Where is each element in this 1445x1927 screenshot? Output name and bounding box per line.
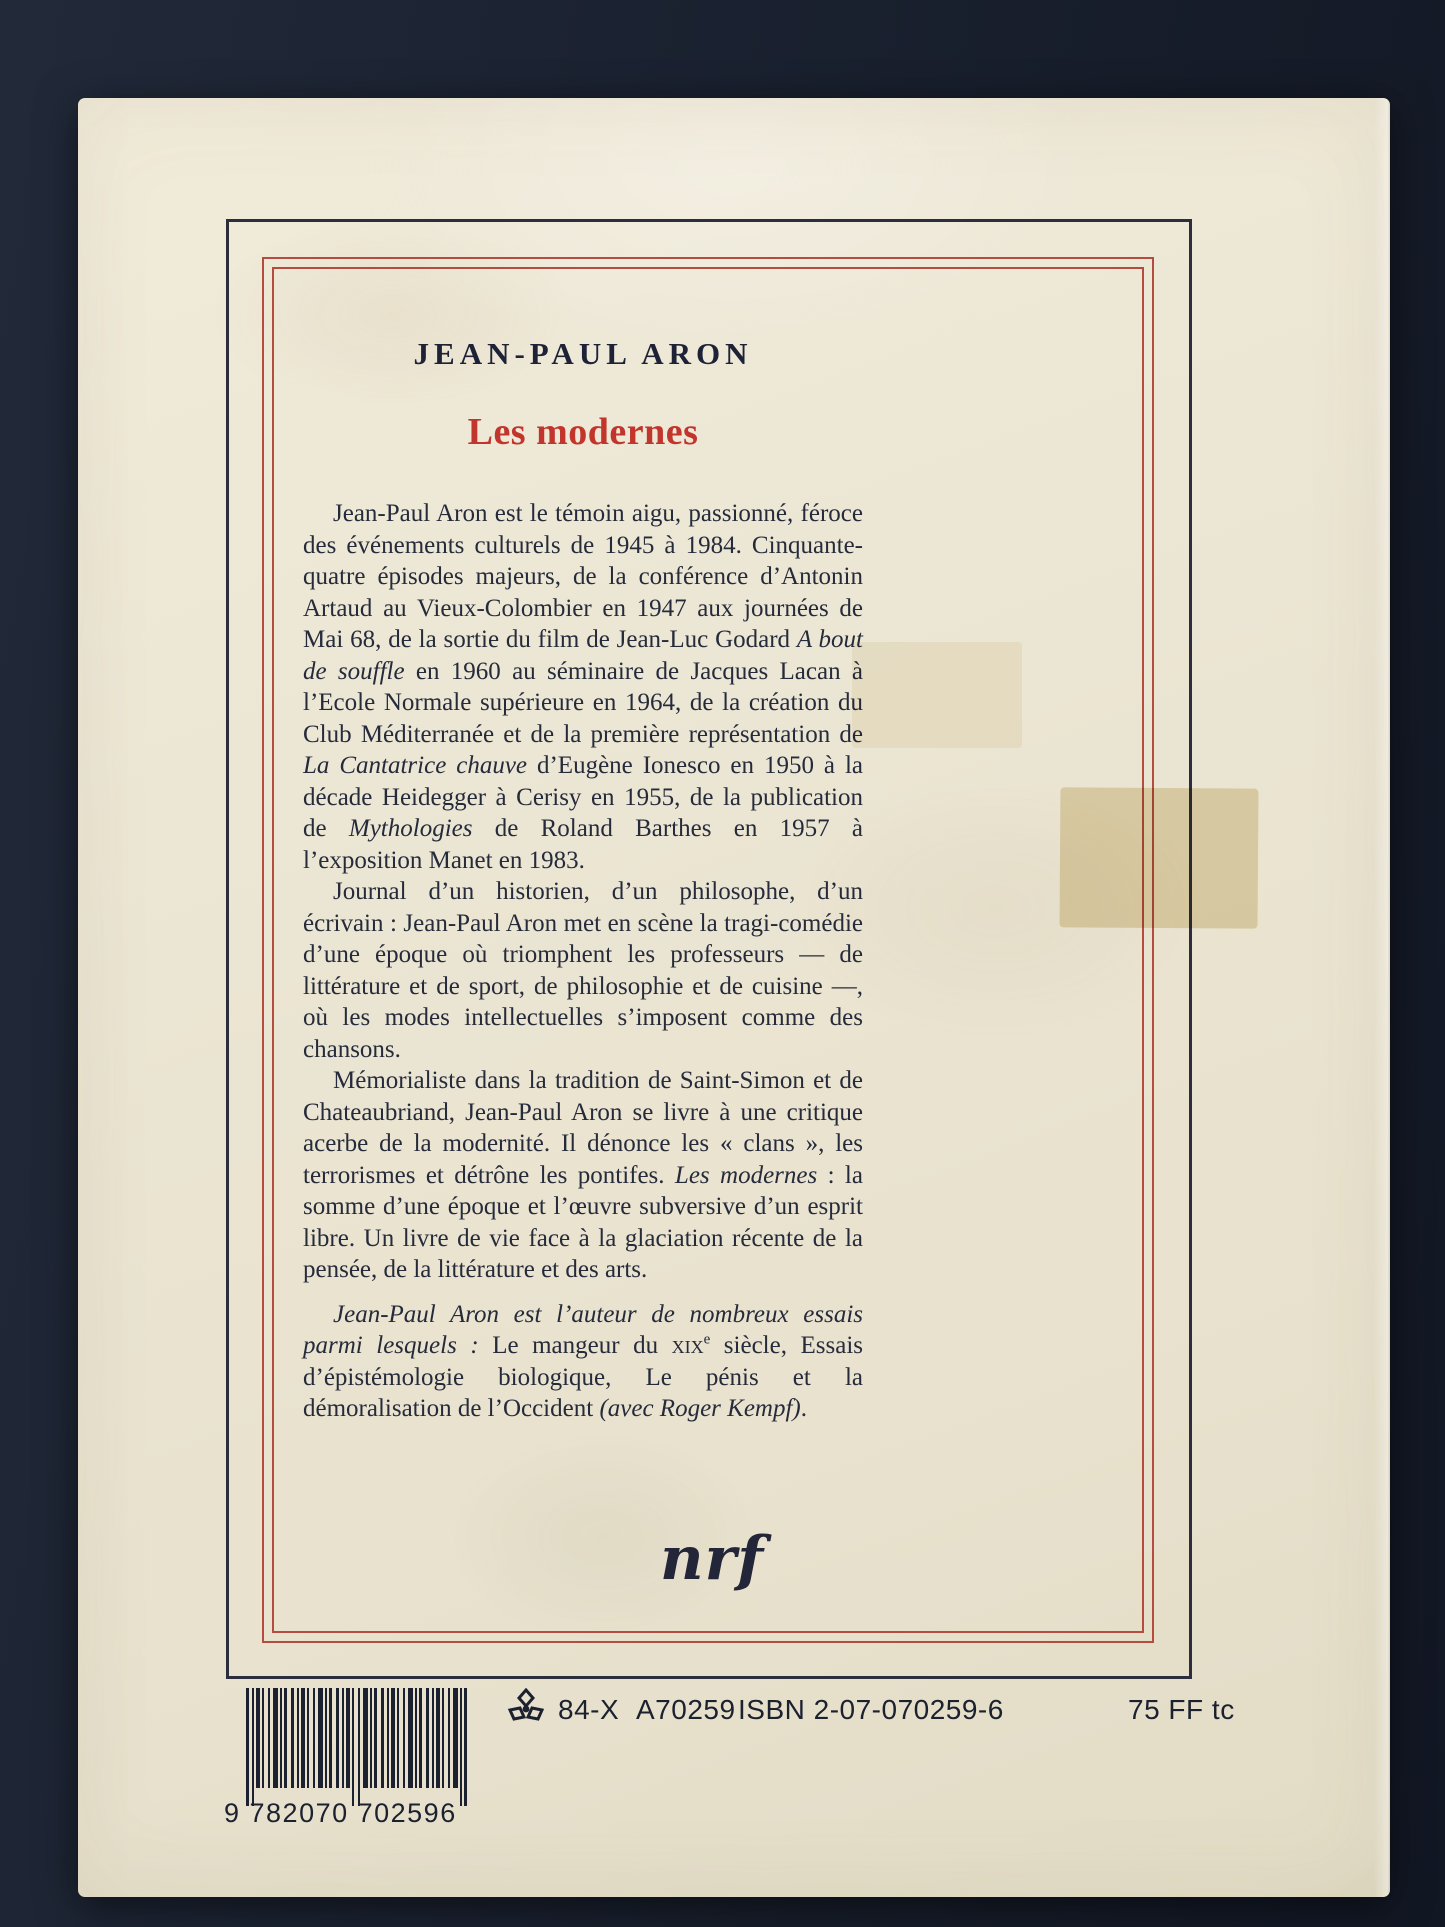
catalog-number: A70259 <box>636 1694 736 1726</box>
tape-stain <box>1060 787 1259 928</box>
publisher-mark-icon <box>506 1688 546 1730</box>
blurb-paragraph: Jean-Paul Aron est le témoin aigu, passi… <box>303 498 863 876</box>
author-name: JEAN-PAUL ARON <box>303 336 863 372</box>
blurb-paragraph: Jean-Paul Aron est l’auteur de nombreux … <box>303 1299 863 1425</box>
barcode-digits: 9 782070 702596 <box>224 1798 457 1829</box>
edition-code: 84-X <box>558 1694 619 1726</box>
price: 75 FF tc <box>1128 1694 1235 1726</box>
nrf-publisher-logo: nrf <box>660 1524 880 1594</box>
tape-stain-faint <box>852 642 1022 748</box>
blurb: Jean-Paul Aron est le témoin aigu, passi… <box>303 498 863 1425</box>
barcode <box>246 1688 484 1800</box>
photo-background: JEAN-PAUL ARON Les modernes Jean-Paul Ar… <box>0 0 1445 1927</box>
isbn: ISBN 2-07-070259-6 <box>738 1694 1004 1726</box>
blurb-paragraph: Journal d’un historien, d’un philosophe,… <box>303 876 863 1065</box>
book-title: Les modernes <box>303 410 863 454</box>
blurb-paragraph: Mémorialiste dans la tradition de Saint-… <box>303 1065 863 1286</box>
